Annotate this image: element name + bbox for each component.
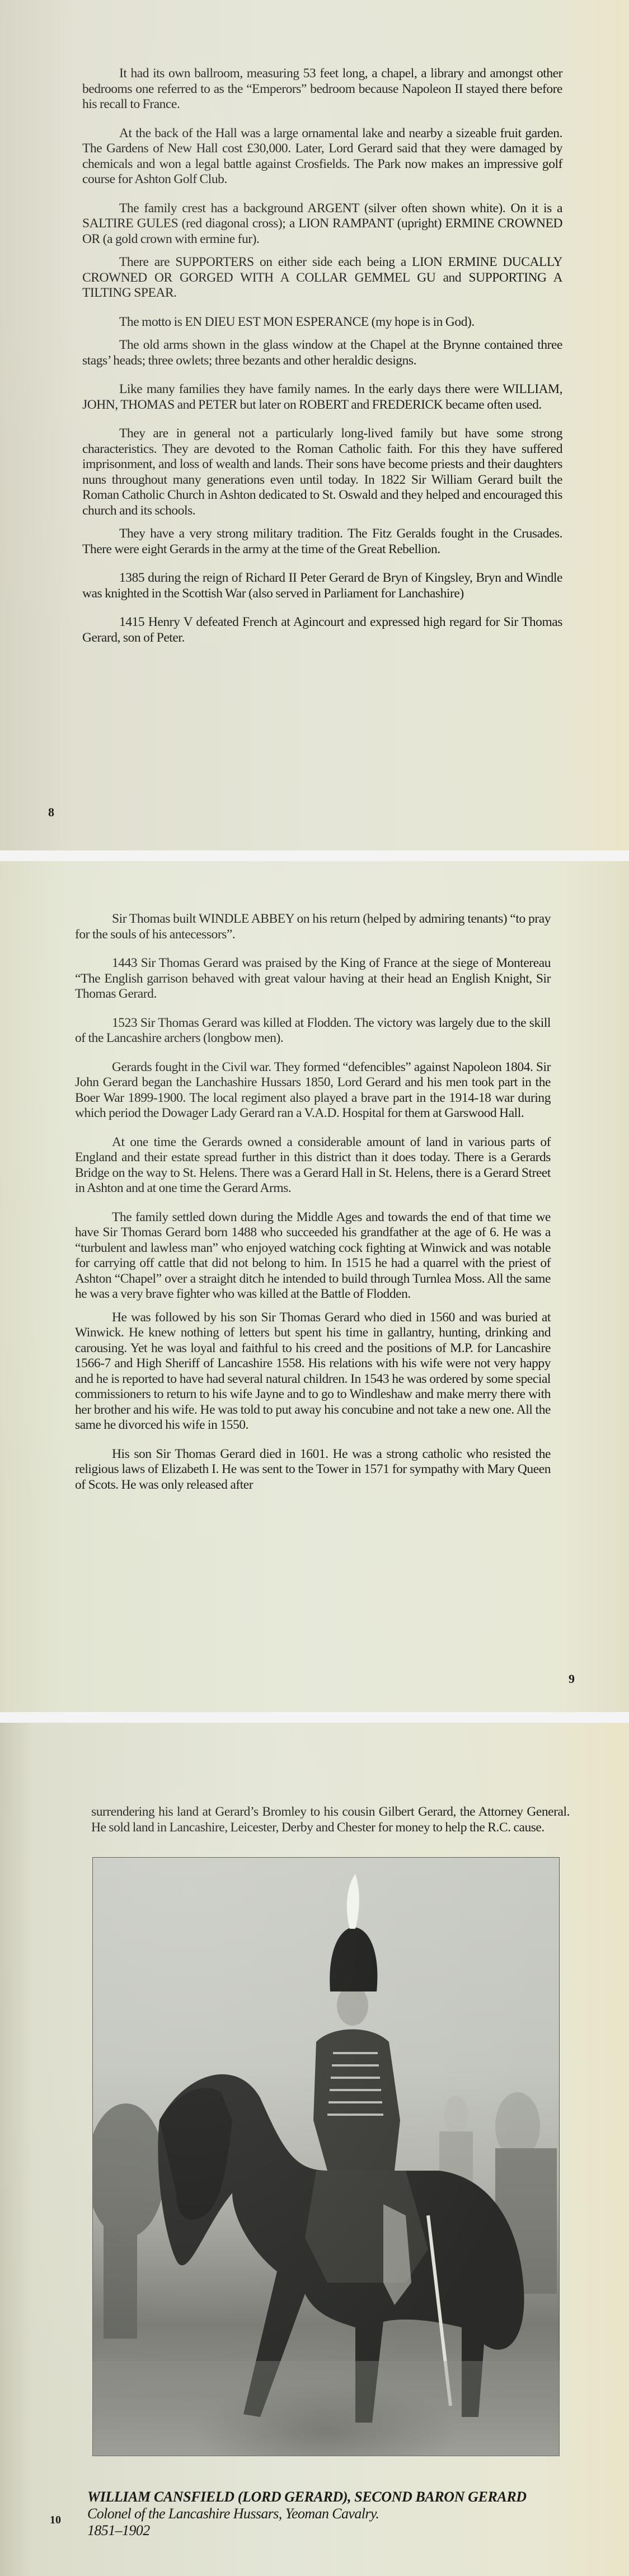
paragraph: 1443 Sir Thomas Gerard was praised by th…: [75, 956, 551, 1002]
photo-caption: WILLIAM CANSFIELD (LORD GERARD), SECOND …: [87, 2489, 552, 2539]
book-page-8: It had its own ballroom, measuring 53 fe…: [0, 0, 629, 850]
paragraph: His son Sir Thomas Gerard died in 1601. …: [75, 1447, 551, 1493]
paragraph: Sir Thomas built WINDLE ABBEY on his ret…: [75, 911, 551, 942]
portrait-photograph: [92, 1857, 560, 2456]
paragraph: The motto is EN DIEU EST MON ESPERANCE (…: [82, 315, 562, 330]
paragraph: At one time the Gerards owned a consider…: [75, 1135, 551, 1196]
photograph-icon: [92, 1857, 560, 2456]
paragraph: 1415 Henry V defeated French at Agincour…: [82, 615, 562, 646]
paragraph: They have a very strong military traditi…: [82, 526, 562, 557]
page-number: 8: [48, 805, 54, 820]
caption-dates: 1851–1902: [87, 2522, 150, 2538]
paragraph: 1523 Sir Thomas Gerard was killed at Flo…: [75, 1016, 551, 1046]
body-text: It had its own ballroom, measuring 53 fe…: [82, 66, 562, 646]
book-page-9: Sir Thomas built WINDLE ABBEY on his ret…: [0, 861, 629, 1712]
paragraph: 1385 during the reign of Richard II Pete…: [82, 571, 562, 601]
body-text: Sir Thomas built WINDLE ABBEY on his ret…: [75, 911, 551, 1493]
paragraph: The family settled down during the Middl…: [75, 1210, 551, 1302]
paragraph: He was followed by his son Sir Thomas Ge…: [75, 1310, 551, 1433]
caption-description: Colonel of the Lancashire Hussars, Yeoma…: [87, 2505, 379, 2522]
paragraph: Gerards fought in the Civil war. They fo…: [75, 1060, 551, 1121]
paragraph: Like many families they have family name…: [82, 382, 562, 413]
paragraph: At the back of the Hall was a large orna…: [82, 126, 562, 188]
caption-name: WILLIAM CANSFIELD (LORD GERARD), SECOND …: [87, 2489, 527, 2505]
paragraph: The old arms shown in the glass window a…: [82, 338, 562, 368]
body-text: surrendering his land at Gerard’s Bromle…: [91, 1804, 570, 1835]
paragraph: They are in general not a particularly l…: [82, 426, 562, 518]
paragraph: The family crest has a background ARGENT…: [82, 201, 562, 247]
book-page-10: surrendering his land at Gerard’s Bromle…: [0, 1723, 629, 2576]
paragraph: surrendering his land at Gerard’s Bromle…: [91, 1804, 570, 1835]
page-number: 10: [50, 2514, 61, 2527]
page-number: 9: [569, 1672, 575, 1686]
paragraph: It had its own ballroom, measuring 53 fe…: [82, 66, 562, 113]
paragraph: There are SUPPORTERS on either side each…: [82, 255, 562, 301]
